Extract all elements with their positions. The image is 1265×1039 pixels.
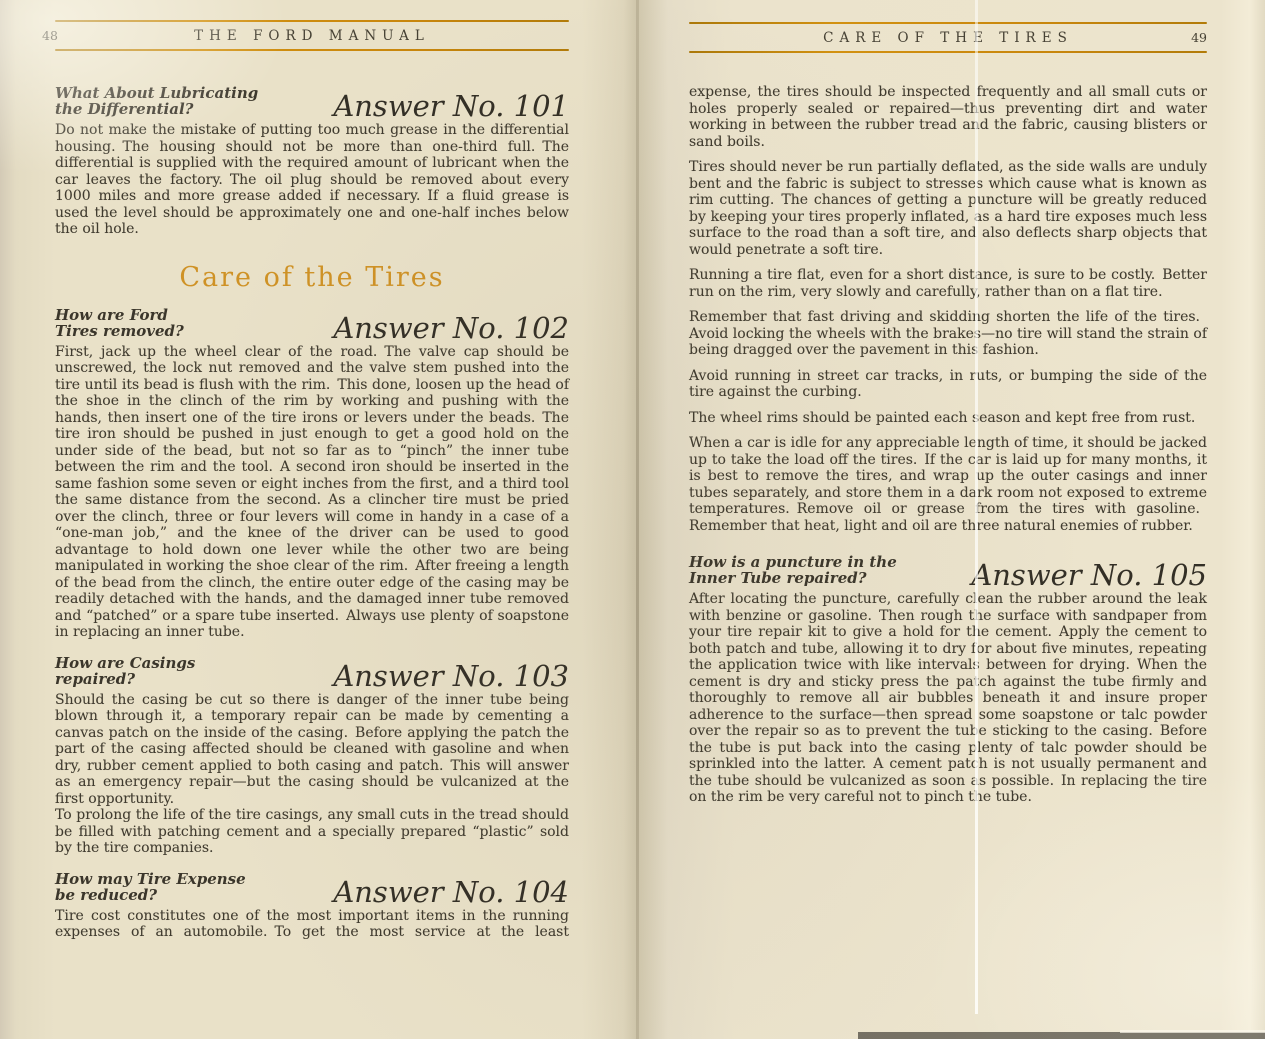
qa-section-104: How may Tire Expense be reduced? Answer … <box>55 871 569 941</box>
qa-section-102: How are Ford Tires removed? Answer No. 1… <box>55 307 569 641</box>
question-line: the Differential? <box>55 101 258 117</box>
book-scan: 48 THE FORD MANUAL What About Lubricatin… <box>0 0 1265 1039</box>
question-line: How is a puncture in the <box>689 554 897 570</box>
scan-edge-shadow <box>858 1032 1265 1039</box>
paragraph: Should the casing be cut so there is dan… <box>55 692 569 808</box>
page-number: 49 <box>1191 30 1207 45</box>
paragraph: Tires should never be run partially defl… <box>689 159 1207 258</box>
question-line: How may Tire Expense <box>55 871 246 887</box>
page-48: 48 THE FORD MANUAL What About Lubricatin… <box>55 0 569 941</box>
running-header-left: 48 THE FORD MANUAL <box>55 20 569 51</box>
running-head-row: CARE OF THE TIRES 49 <box>689 24 1207 51</box>
paragraph: Do not make the mistake of putting too m… <box>55 122 569 238</box>
question-line: Inner Tube repaired? <box>689 570 897 586</box>
question-heading: What About Lubricating the Differential? <box>55 85 258 117</box>
question-heading: How may Tire Expense be reduced? <box>55 871 246 903</box>
qa-section-103: How are Casings repaired? Answer No. 103… <box>55 655 569 857</box>
question-heading: How are Casings repaired? <box>55 655 195 687</box>
paragraph: To prolong the life of the tire casings,… <box>55 807 569 857</box>
answer-number: Answer No. 104 <box>333 877 569 907</box>
book-gutter-crease <box>636 0 639 1039</box>
running-head-row: 48 THE FORD MANUAL <box>55 22 569 49</box>
paragraph: Remember that fast driving and skidding … <box>689 309 1207 359</box>
header-rule-bottom <box>55 49 569 51</box>
paragraph: expense, the tires should be inspected f… <box>689 84 1207 150</box>
answer-number: Answer No. 103 <box>333 661 569 691</box>
paragraph: After locating the puncture, carefully c… <box>689 591 1207 806</box>
qa-head: How are Casings repaired? Answer No. 103 <box>55 655 569 687</box>
header-rule-bottom <box>689 51 1207 53</box>
page-49: CARE OF THE TIRES 49 expense, the tires … <box>689 0 1207 806</box>
qa-head: How is a puncture in the Inner Tube repa… <box>689 554 1207 586</box>
scan-edge-highlight <box>1120 1030 1265 1033</box>
answer-number: Answer No. 101 <box>333 91 569 121</box>
section-heading: Care of the Tires <box>55 262 569 294</box>
page-number: 48 <box>42 28 58 43</box>
question-line: Tires removed? <box>55 323 184 339</box>
paragraph: Tire cost constitutes one of the most im… <box>55 908 569 941</box>
qa-section-101: What About Lubricating the Differential?… <box>55 85 569 238</box>
scan-artifact-line <box>975 0 978 1014</box>
question-line: repaired? <box>55 671 195 687</box>
paragraph: Avoid running in street car tracks, in r… <box>689 368 1207 401</box>
question-heading: How are Ford Tires removed? <box>55 307 184 339</box>
running-header-right: CARE OF THE TIRES 49 <box>689 22 1207 53</box>
answer-number: Answer No. 105 <box>971 560 1207 590</box>
qa-head: How are Ford Tires removed? Answer No. 1… <box>55 307 569 339</box>
question-line: What About Lubricating <box>55 85 258 101</box>
question-heading: How is a puncture in the Inner Tube repa… <box>689 554 897 586</box>
paragraph: Running a tire flat, even for a short di… <box>689 267 1207 300</box>
qa-section-105: How is a puncture in the Inner Tube repa… <box>689 554 1207 806</box>
paragraph: The wheel rims should be painted each se… <box>689 410 1207 427</box>
paragraph: First, jack up the wheel clear of the ro… <box>55 344 569 641</box>
question-line: be reduced? <box>55 887 246 903</box>
qa-head: What About Lubricating the Differential?… <box>55 85 569 117</box>
running-title: THE FORD MANUAL <box>194 28 430 44</box>
qa-head: How may Tire Expense be reduced? Answer … <box>55 871 569 903</box>
question-line: How are Ford <box>55 307 184 323</box>
answer-number: Answer No. 102 <box>333 313 569 343</box>
running-title: CARE OF THE TIRES <box>823 30 1073 46</box>
paragraph: When a car is idle for any appreciable l… <box>689 435 1207 534</box>
question-line: How are Casings <box>55 655 195 671</box>
